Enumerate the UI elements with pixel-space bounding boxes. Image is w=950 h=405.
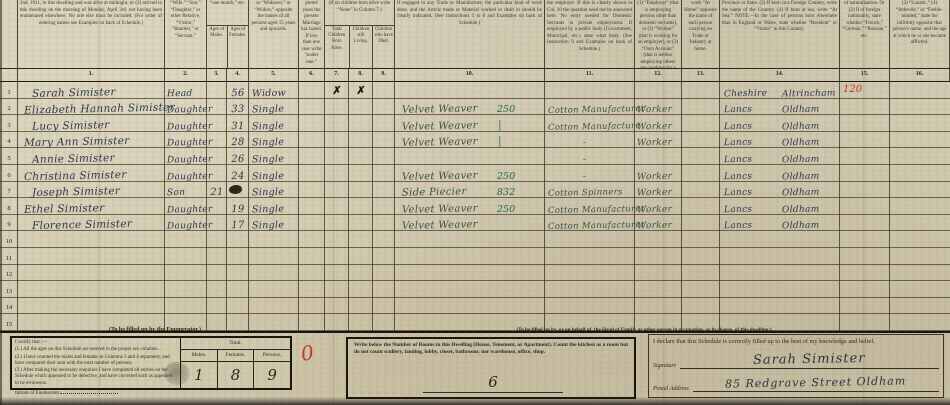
row-number: 5 [0,155,18,162]
table-row: 6 Christina Simister Daughter 24 Single … [0,165,950,182]
column-number: 10. [395,69,545,81]
worker-status-value: Worker [637,204,672,215]
name-value: Ethel Simister [24,202,105,216]
table-row-empty: 13 [0,281,950,298]
table-row: 1 Sarah Simister Head 56 Widow ✗ ✗ Chesh… [0,82,950,99]
paper-left-edge [0,0,2,405]
declaration-statement: I declare that this Schedule is correctl… [653,338,939,346]
header-ages: “one month,” etc. Ages of Males. Ages of… [207,0,249,68]
worker-status-value: Worker [637,105,672,116]
rooms-instructions: Write below the Number of Rooms in this … [354,342,628,356]
marital-value: Single [252,220,284,232]
table-row-empty: 11 [0,248,950,265]
householder-section-title: (To be filled up by, or on behalf of, th… [340,327,948,333]
column-number: 16. [890,69,950,81]
header-children-died: Children who have Died. [372,26,394,68]
header-employment-status: (1) “Employer” (that is employing person… [635,0,682,68]
row-number: 13 [0,288,18,295]
occupation-code-ditto: │ [497,121,503,132]
column-number: 13. [682,69,720,81]
column-number: 2. [165,69,207,81]
total-header: Total. [181,338,290,350]
red-check-mark: 0 [299,340,315,366]
column-number: 11. [545,69,635,81]
initials-label: Initials of Enumerator [15,391,59,396]
row-number: 15 [0,321,18,328]
marital-value: Single [252,187,284,199]
birth-county-value: Lancs [724,204,753,215]
birth-county-value: Lancs [724,188,753,199]
children-born-strike-mark: ✗ [325,84,349,97]
header-infirmity: (3) “Lunatic,” (4) “Imbecile,” or “Feebl… [890,0,950,68]
name-value: Sarah Simister [32,86,116,100]
table-row: 3 Lucy Simister Daughter 31 Single Velve… [0,115,950,132]
age-female-value: 24 [227,170,249,181]
table-row: 8 Ethel Simister Daughter 19 Single Velv… [0,198,950,215]
signature-value: Sarah Simister [753,351,866,368]
birth-county-value: Lancs [724,138,753,149]
header-occupation: If engaged in any Trade or Manufacture, … [395,0,545,68]
birth-town-value: Oldham [782,138,820,149]
header-relationship: “Wife,” “Son,” “Daughter,” or other Rela… [165,0,207,68]
table-row: 2 Elizabeth Hannah Simister Daughter 33 … [0,99,950,116]
column-number: 14. [720,69,840,81]
birth-town-value: Oldham [782,221,820,232]
industry-value: - [583,172,586,182]
header-children-living: Children still Living. [349,26,373,68]
worker-status-value: Worker [637,138,672,149]
age-female-value: 33 [227,104,249,115]
relation-value: Daughter [167,204,213,215]
age-male-value: 21 [207,187,227,198]
age-female-value: 31 [227,121,249,132]
table-row: 7 Joseph Simister Son 21 Single Side Pie… [0,182,950,199]
birth-county-value: Lancs [724,155,753,166]
column-number: 8. [349,69,373,81]
females-label: Females. [217,350,254,361]
worker-status-value: Worker [637,188,672,199]
column-number: 1. [18,69,165,81]
column-number: 6. [299,69,325,81]
red-schedule-number: 120 [843,84,862,95]
declaration-box: I declare that this Schedule is correctl… [648,334,944,398]
occupation-value: Side Piecier [402,186,467,198]
marital-value: Single [252,120,284,132]
persons-label: Persons. [253,350,290,361]
row-number: 10 [0,238,18,245]
age-female-value: 26 [227,154,249,165]
birth-town-value: Oldham [782,171,820,182]
relation-value: Daughter [167,121,213,132]
header-children-note: (If no children born alive write “None” … [325,0,394,26]
row-number: 9 [0,221,18,228]
table-row: 4 Mary Ann Simister Daughter 28 Single V… [0,132,950,149]
column-number: 7. [325,69,349,81]
persons-total-value: 9 [253,362,290,388]
postal-address-label: Postal Address [653,386,689,392]
enumerator-section-title: (To be filled up by the Enumerator.) [30,327,280,333]
column-number: 12. [635,69,682,81]
rooms-value-line: 6 [423,373,563,393]
occupation-value: Velvet Weaver [402,137,478,150]
signature-line: Sarah Simister [680,350,939,369]
header-ages-note: “one month,” etc. [207,0,248,26]
header-at-home: work “At Home” opposite the name of each… [682,0,720,68]
column-number-blank [0,69,18,81]
header-birthplace: Province or State. (3) If born in a Fore… [720,0,840,68]
age-female-value: 28 [227,137,249,148]
marital-value: Single [252,154,284,166]
birth-town-value: Oldham [782,155,820,166]
column-number-row: 1. 2. 3. 4. 5. 6. 7. 8. 9. 10. 11. 12. 1… [0,69,950,82]
signature-row: Signature Sarah Simister [653,350,939,369]
marital-value: Single [252,104,284,116]
column-number: 5. [249,69,299,81]
header-children-born: Total Children Born Alive. [325,26,349,68]
header-years-married: pleted years the present Marriage has la… [299,0,325,68]
header-name: 2nd, 1911, in this dwelling and was aliv… [18,0,165,68]
occupation-value: Velvet Weaver [402,103,478,116]
birth-town-value: Altrincham [782,88,836,99]
certify-item: (1.) All the ages on this Schedule are e… [15,347,177,353]
industry-value: - [583,138,586,148]
worker-status-value: Worker [637,221,672,232]
header-ages-males: Ages of Males. [207,26,227,68]
occupation-code: 250 [497,204,515,215]
initials-line: Initials of Enumerator [15,389,177,397]
worker-status-value: Worker [637,121,672,132]
enumerator-certification-box: I certify that :— (1.) All the ages on t… [10,336,292,390]
enumerator-certify-text: I certify that :— (1.) All the ages on t… [12,338,180,388]
rooms-count-box: Write below the Number of Rooms in this … [346,337,636,399]
birth-county-value: Lancs [724,171,753,182]
column-number: 9. [373,69,395,81]
relation-value: Head [167,88,193,99]
name-value: Annie Simister [32,152,115,166]
name-value: Florence Simister [32,218,132,232]
certify-item: (2.) I have counted the males and female… [15,355,177,368]
marital-value: Single [252,203,284,215]
row-number: 1 [0,89,18,96]
certify-item: (3.) After making the necessary enquirie… [15,368,177,387]
birth-town-value: Oldham [782,105,820,116]
totals-grid: Total. Males. Females. Persons. 1 8 9 [180,338,290,388]
signature-label: Signature [653,363,676,369]
occupation-value: Velvet Weaver [402,220,478,233]
occupation-code: 832 [497,187,515,198]
relation-value: Daughter [167,171,213,182]
table-row-empty: 10 [0,231,950,248]
column-number: 15. [840,69,890,81]
relation-value: Son [167,188,185,198]
census-schedule-sheet: 2nd, 1911, in this dwelling and was aliv… [0,0,950,405]
ink-blot [229,185,242,194]
children-living-strike-mark: ✗ [349,84,373,97]
name-value: Mary Ann Simister [24,135,130,149]
marital-value: Widow [252,87,286,99]
column-number: 3. [207,69,227,81]
table-row-empty: 12 [0,265,950,282]
relation-value: Daughter [167,221,213,232]
postal-address-value: 85 Redgrave Street Oldham [725,375,906,391]
row-number: 4 [0,138,18,145]
occupation-value: Velvet Weaver [402,170,478,183]
birth-county-value: Lancs [724,221,753,232]
row-number: 8 [0,205,18,212]
postal-address-line: 85 Redgrave Street Oldham [693,373,939,392]
birth-county-value: Cheshire [724,88,768,99]
header-children-group: (If no children born alive write “None” … [325,0,395,68]
age-female-value: 17 [227,220,249,231]
occupation-value: Velvet Weaver [402,120,478,133]
age-female-value: 56 [227,87,249,98]
certify-intro: I certify that :— [15,340,177,346]
age-female-value: 19 [227,204,249,215]
postal-address-row: Postal Address 85 Redgrave Street Oldham [653,373,939,392]
header-marriage: or “Widower,” or “Widow,” opposite the n… [249,0,299,68]
occupation-code-ditto: │ [497,137,503,148]
header-row-number [0,0,18,68]
relation-value: Daughter [167,105,213,116]
row-number: 14 [0,304,18,311]
table-header-row: 2nd, 1911, in this dwelling and was aliv… [0,0,950,69]
birth-county-value: Lancs [724,105,753,116]
birth-town-value: Oldham [782,188,820,199]
name-value: Joseph Simister [32,185,120,199]
census-table: 2nd, 1911, in this dwelling and was aliv… [0,0,950,333]
row-number: 11 [0,255,18,262]
column-number: 4. [227,69,249,81]
worker-status-value: Worker [637,171,672,182]
header-industry: the employer. If this is clearly shown i… [545,0,635,68]
row-number: 12 [0,271,18,278]
name-value: Christina Simister [24,168,127,182]
row-number: 2 [0,105,18,112]
occupation-code: 250 [497,171,515,182]
row-number: 7 [0,188,18,195]
row-number: 3 [0,122,18,129]
birth-county-value: Lancs [724,121,753,132]
occupation-code: 250 [497,104,515,115]
industry-value: - [583,155,586,165]
occupation-value: Velvet Weaver [402,203,478,216]
birth-town-value: Oldham [782,121,820,132]
relation-value: Daughter [167,154,213,165]
table-row-empty: 14 [0,298,950,315]
table-row: 9 Florence Simister Daughter 17 Single V… [0,215,950,232]
name-value: Lucy Simister [32,119,110,133]
header-ages-females: Ages of Females. [227,26,248,68]
table-row: 5 Annie Simister Daughter 26 Single - La… [0,148,950,165]
marital-value: Single [252,137,284,149]
rooms-count-value: 6 [488,373,498,391]
relation-value: Daughter [167,138,213,149]
females-total-value: 8 [217,362,254,388]
header-nationality: of naturalization. Or (2) If of foreign … [840,0,890,68]
birth-town-value: Oldham [782,204,820,215]
initials-blank-line [60,389,118,394]
marital-value: Single [252,170,284,182]
row-number: 6 [0,172,18,179]
males-label: Males. [181,350,217,361]
